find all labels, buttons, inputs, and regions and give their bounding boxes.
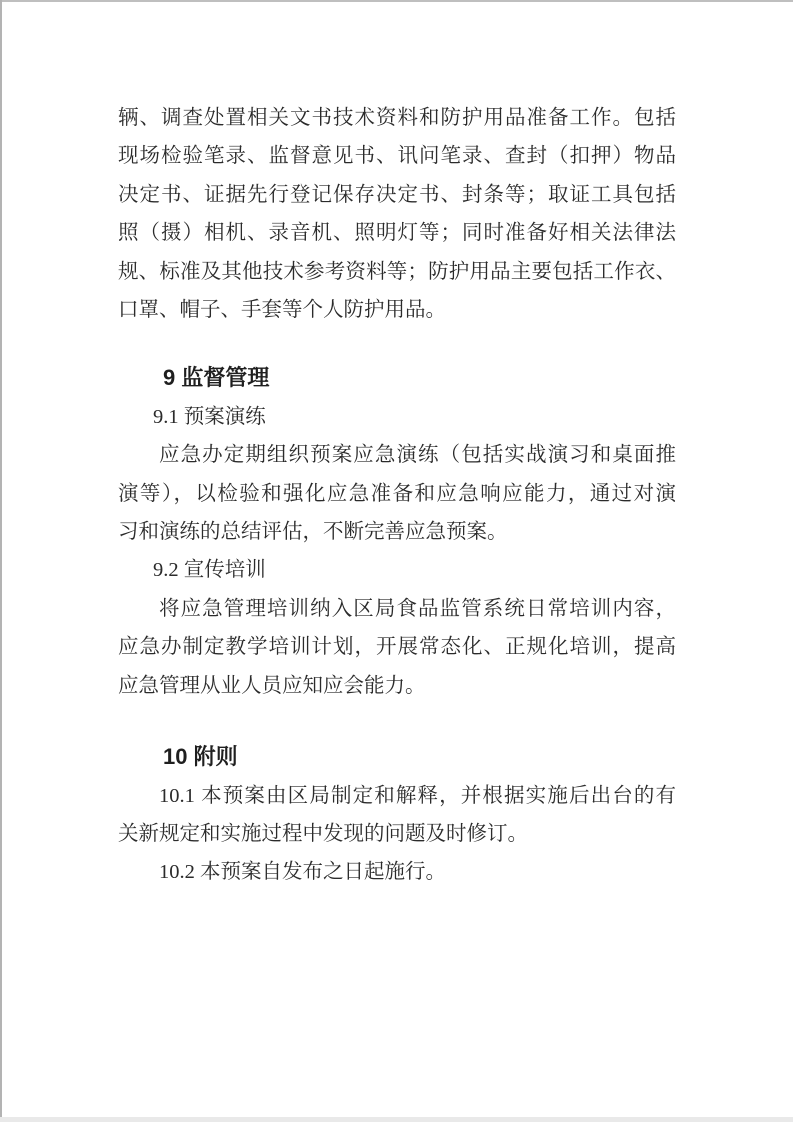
body-text-line: 应急管理从业人员应知应会能力。 — [118, 667, 676, 705]
body-text-line: 规、标准及其他技术参考资料等；防护用品主要包括工作衣、 — [118, 253, 676, 291]
body-text-line: 10.1 本预案由区局制定和解释，并根据实施后出台的有 — [118, 777, 676, 815]
paragraph-training: 将应急管理培训纳入区局食品监管系统日常培训内容， 应急办制定教学培训计划，开展常… — [118, 590, 676, 705]
paragraph-evidence-preparation: 辆、调查处置相关文书技术资料和防护用品准备工作。包括 现场检验笔录、监督意见书、… — [118, 99, 676, 329]
body-text-line: 决定书、证据先行登记保存决定书、封条等；取证工具包括 — [118, 176, 676, 214]
section-10-heading: 10 附则 — [118, 738, 676, 776]
section-9-heading: 9 监督管理 — [118, 359, 676, 397]
paragraph-clause-10-1: 10.1 本预案由区局制定和解释，并根据实施后出台的有 关新规定和实施过程中发现… — [118, 777, 676, 854]
body-text-line: 习和演练的总结评估，不断完善应急预案。 — [118, 513, 676, 551]
section-9-1-heading: 9.1 预案演练 — [118, 398, 676, 436]
body-text-line: 关新规定和实施过程中发现的问题及时修订。 — [118, 815, 676, 853]
page-bottom-gap — [0, 1117, 793, 1122]
page-left-edge — [0, 0, 2, 1118]
paragraph-drill: 应急办定期组织预案应急演练（包括实战演习和桌面推 演等），以检验和强化应急准备和… — [118, 436, 676, 551]
body-text-line: 10.2 本预案自发布之日起施行。 — [118, 853, 676, 891]
body-text-line: 口罩、帽子、手套等个人防护用品。 — [118, 291, 676, 329]
document-page: 辆、调查处置相关文书技术资料和防护用品准备工作。包括 现场检验笔录、监督意见书、… — [0, 0, 793, 1122]
body-text-line: 应急办定期组织预案应急演练（包括实战演习和桌面推 — [118, 436, 676, 474]
paragraph-clause-10-2: 10.2 本预案自发布之日起施行。 — [118, 853, 676, 891]
body-text-line: 将应急管理培训纳入区局食品监管系统日常培训内容， — [118, 590, 676, 628]
section-9-2-heading: 9.2 宣传培训 — [118, 551, 676, 589]
body-text-line: 演等），以检验和强化应急准备和应急响应能力，通过对演 — [118, 475, 676, 513]
body-text-line: 应急办制定教学培训计划，开展常态化、正规化培训，提高 — [118, 628, 676, 666]
body-text-line: 照（摄）相机、录音机、照明灯等；同时准备好相关法律法 — [118, 214, 676, 252]
body-text-line: 辆、调查处置相关文书技术资料和防护用品准备工作。包括 — [118, 99, 676, 137]
body-text-line: 现场检验笔录、监督意见书、讯问笔录、查封（扣押）物品 — [118, 137, 676, 175]
page-text-block: 辆、调查处置相关文书技术资料和防护用品准备工作。包括 现场检验笔录、监督意见书、… — [118, 99, 676, 892]
page-top-edge — [0, 0, 793, 2]
